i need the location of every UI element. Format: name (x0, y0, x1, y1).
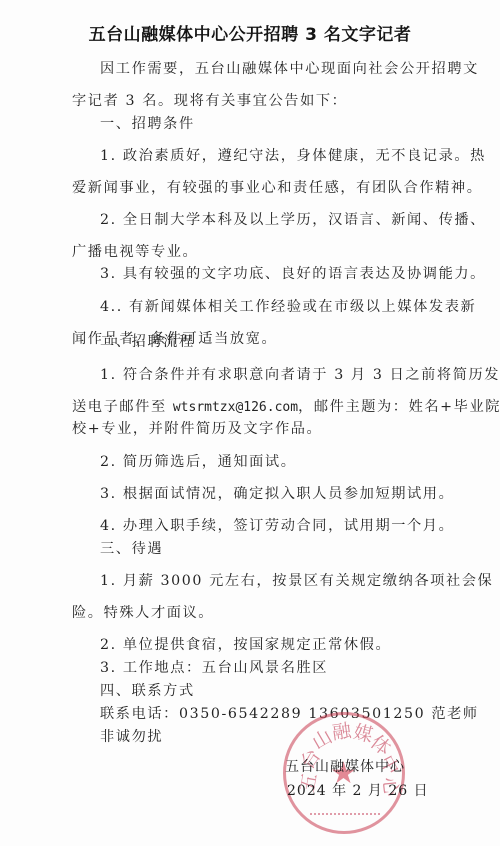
requirement-line: 4.. 有新闻媒体相关工作经验或在市级以上媒体发表新 (100, 296, 476, 316)
requirement-line: 1. 政治素质好，遵纪守法，身体健康，无不良记录。热 (100, 145, 486, 165)
requirement-line: 3. 具有较强的文字功底、良好的语言表达及协调能力。 (100, 263, 486, 283)
seal-char: 融 (330, 716, 353, 745)
benefit-line: 2. 单位提供食宿，按国家规定正常休假。 (100, 634, 391, 654)
requirement-line: 2. 全日制大学本科及以上学历，汉语言、新闻、传播、 (100, 209, 486, 229)
intro-line-2: 字记者 3 名。现将有关事宜公告如下： (72, 90, 347, 110)
document-page: 五台山融媒体中心公开招聘 3 名文字记者 因工作需要，五台山融媒体中心现面向社会… (0, 0, 500, 846)
contact-note: 非诚勿扰 (100, 726, 163, 746)
section-heading-benefits: 三、待遇 (100, 538, 163, 558)
email-address: wtsrmtzx@126.com (173, 400, 298, 415)
process-line: 送电子邮件至 wtsrmtzx@126.com，邮件主题为：姓名+毕业院 (72, 396, 500, 416)
process-line: 4. 办理入职手续，签订劳动合同，试用期一个月。 (100, 515, 454, 535)
intro-line-1: 因工作需要，五台山融媒体中心现面向社会公开招聘文 (100, 58, 479, 78)
benefit-line: 3. 工作地点：五台山风景名胜区 (100, 657, 328, 677)
signature-date: 2024 年 2 月 26 日 (287, 780, 429, 800)
contact-phone: 联系电话：0350-6542289 13603501250 范老师 (100, 703, 479, 723)
email-subject: ，邮件主题为：姓名+毕业院 (298, 399, 500, 415)
section-heading-process: 二、招聘流程 (100, 331, 195, 351)
benefit-line: 1. 月薪 3000 元左右，按景区有关规定缴纳各项社会保 (100, 570, 493, 590)
requirement-line: 广播电视等专业。 (72, 241, 198, 261)
email-prefix: 送电子邮件至 (72, 399, 173, 415)
section-heading-requirements: 一、招聘条件 (100, 113, 195, 133)
benefit-line: 险。特殊人才面议。 (72, 602, 214, 622)
requirement-line: 爱新闻事业，有较强的事业心和责任感，有团队合作精神。 (72, 177, 482, 197)
signature-org: 五台山融媒体中心 (285, 756, 405, 776)
process-line: 1. 符合条件并有求职意向者请于 3 月 3 日之前将简历发 (100, 364, 500, 384)
process-line: 3. 根据面试情况，确定拟入职人员参加短期试用。 (100, 483, 454, 503)
process-line: 2. 简历筛选后，通知面试。 (100, 451, 297, 471)
seal-serial-number (310, 813, 380, 819)
section-heading-contact: 四、联系方式 (100, 680, 195, 700)
page-title: 五台山融媒体中心公开招聘 3 名文字记者 (0, 20, 500, 45)
process-line: 校+专业，并附件简历及文字作品。 (72, 418, 322, 438)
